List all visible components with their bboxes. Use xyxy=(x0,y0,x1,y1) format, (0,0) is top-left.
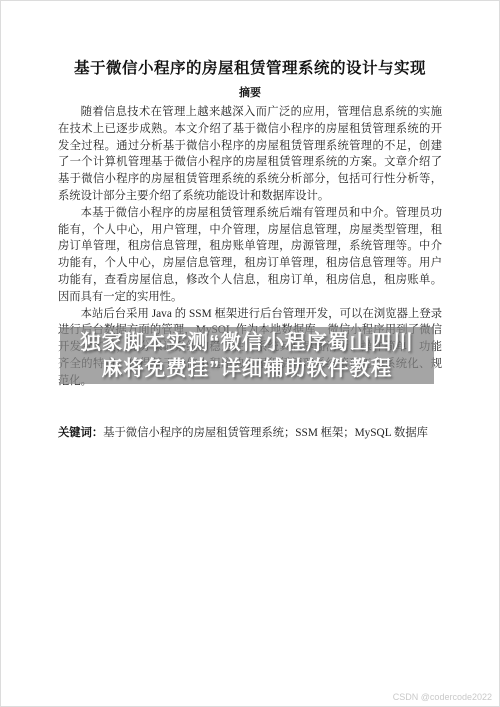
spam-overlay-line-2: 麻将免费挂”详细辅助软件教程 xyxy=(102,356,393,382)
abstract-paragraph: 本基于微信小程序的房屋租赁管理系统后端有管理员和中介。管理员功能有，个人中心，用… xyxy=(58,205,442,306)
document-page: 基于微信小程序的房屋租赁管理系统的设计与实现 摘要 随着信息技术在管理上越来越深… xyxy=(0,0,500,707)
keywords-label: 关键词： xyxy=(58,427,103,439)
spam-overlay-banner: 独家脚本实测“微信小程序蜀山四川 麻将免费挂”详细辅助软件教程 xyxy=(60,327,434,384)
spam-overlay-line-1: 独家脚本实测“微信小程序蜀山四川 xyxy=(80,330,414,356)
csdn-watermark: CSDN @codercode2022 xyxy=(393,692,492,702)
keywords-line: 关键词：基于微信小程序的房屋租赁管理系统；SSM 框架；MySQL 数据库 xyxy=(1,425,499,442)
abstract-paragraph: 随着信息技术在管理上越来越深入而广泛的应用，管理信息系统的实施在技术上已逐步成熟… xyxy=(58,104,442,205)
paper-title: 基于微信小程序的房屋租赁管理系统的设计与实现 xyxy=(41,58,459,80)
keywords-text: 基于微信小程序的房屋租赁管理系统；SSM 框架；MySQL 数据库 xyxy=(103,427,428,439)
abstract-heading: 摘要 xyxy=(1,86,499,100)
